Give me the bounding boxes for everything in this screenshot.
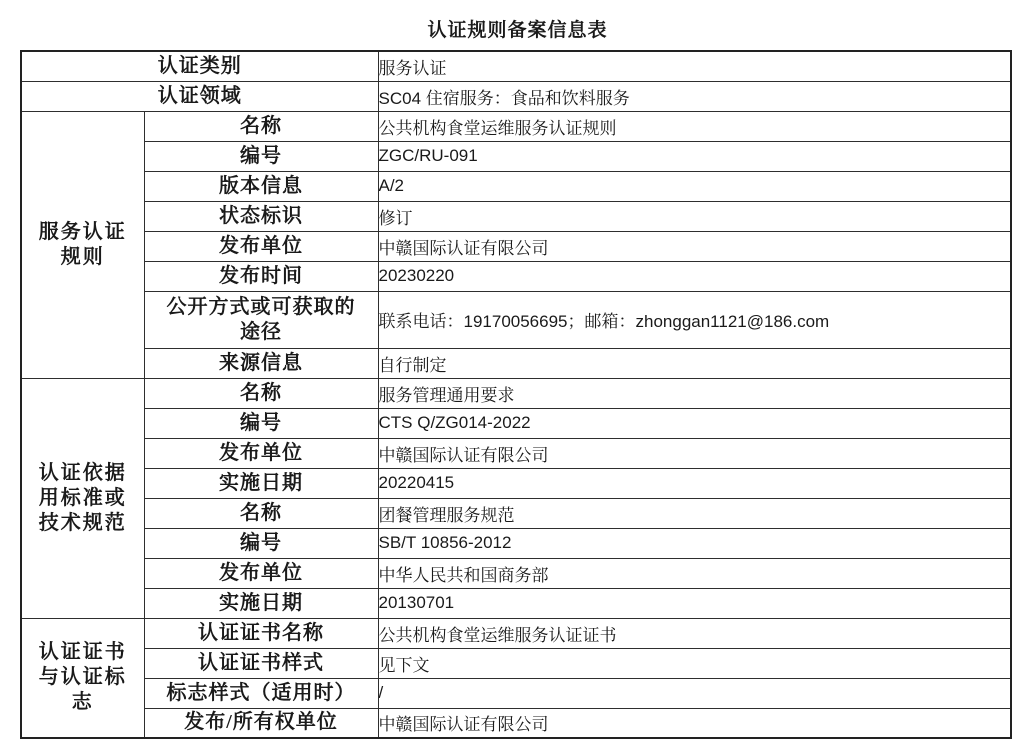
row-value: 中赣国际认证有限公司 bbox=[378, 231, 1011, 261]
row-label: 实施日期 bbox=[144, 468, 378, 498]
table-row: 认证类别 服务认证 bbox=[21, 51, 1011, 81]
section-group-label: 认证证书 与认证标 志 bbox=[21, 618, 144, 738]
row-label: 认证领域 bbox=[21, 81, 378, 111]
table-row: 实施日期 20130701 bbox=[21, 588, 1011, 618]
row-value: 公共机构食堂运维服务认证规则 bbox=[378, 111, 1011, 141]
table-row: 发布/所有权单位 中赣国际认证有限公司 bbox=[21, 708, 1011, 738]
row-value: 20130701 bbox=[378, 588, 1011, 618]
table-row: 公开方式或可获取的 途径 联系电话：19170056695；邮箱：zhongga… bbox=[21, 291, 1011, 348]
table-row: 来源信息 自行制定 bbox=[21, 348, 1011, 378]
filing-info-table: 认证类别 服务认证 认证领域 SC04 住宿服务：食品和饮料服务 服务认证 规则… bbox=[20, 50, 1012, 739]
table-row: 发布单位 中华人民共和国商务部 bbox=[21, 558, 1011, 588]
row-label: 发布时间 bbox=[144, 261, 378, 291]
table-row: 编号 ZGC/RU-091 bbox=[21, 141, 1011, 171]
row-value: 见下文 bbox=[378, 648, 1011, 678]
table-row: 状态标识 修订 bbox=[21, 201, 1011, 231]
row-label: 认证证书名称 bbox=[144, 618, 378, 648]
row-label: 实施日期 bbox=[144, 588, 378, 618]
row-label: 标志样式（适用时） bbox=[144, 678, 378, 708]
table-row: 标志样式（适用时） / bbox=[21, 678, 1011, 708]
row-label: 发布单位 bbox=[144, 558, 378, 588]
row-label: 编号 bbox=[144, 528, 378, 558]
row-label: 认证类别 bbox=[21, 51, 378, 81]
row-value: 20220415 bbox=[378, 468, 1011, 498]
row-value: ZGC/RU-091 bbox=[378, 141, 1011, 171]
row-label: 名称 bbox=[144, 378, 378, 408]
table-row: 编号 CTS Q/ZG014-2022 bbox=[21, 408, 1011, 438]
row-label: 来源信息 bbox=[144, 348, 378, 378]
row-value: 公共机构食堂运维服务认证证书 bbox=[378, 618, 1011, 648]
row-label: 发布单位 bbox=[144, 438, 378, 468]
row-value: / bbox=[378, 678, 1011, 708]
table-row: 编号 SB/T 10856-2012 bbox=[21, 528, 1011, 558]
row-value: 服务认证 bbox=[378, 51, 1011, 81]
row-value: 20230220 bbox=[378, 261, 1011, 291]
row-label: 发布/所有权单位 bbox=[144, 708, 378, 738]
row-label: 名称 bbox=[144, 498, 378, 528]
row-label: 公开方式或可获取的 途径 bbox=[144, 291, 378, 348]
row-label: 认证证书样式 bbox=[144, 648, 378, 678]
table-row: 认证领域 SC04 住宿服务：食品和饮料服务 bbox=[21, 81, 1011, 111]
row-value: 自行制定 bbox=[378, 348, 1011, 378]
table-row: 发布单位 中赣国际认证有限公司 bbox=[21, 231, 1011, 261]
table-row: 服务认证 规则 名称 公共机构食堂运维服务认证规则 bbox=[21, 111, 1011, 141]
row-value: 中赣国际认证有限公司 bbox=[378, 708, 1011, 738]
table-row: 认证证书样式 见下文 bbox=[21, 648, 1011, 678]
table-row: 认证证书 与认证标 志 认证证书名称 公共机构食堂运维服务认证证书 bbox=[21, 618, 1011, 648]
row-value: 中华人民共和国商务部 bbox=[378, 558, 1011, 588]
table-row: 名称 团餐管理服务规范 bbox=[21, 498, 1011, 528]
row-value: CTS Q/ZG014-2022 bbox=[378, 408, 1011, 438]
section-group-label: 服务认证 规则 bbox=[21, 111, 144, 378]
row-value: SC04 住宿服务：食品和饮料服务 bbox=[378, 81, 1011, 111]
row-label: 编号 bbox=[144, 141, 378, 171]
document-title: 认证规则备案信息表 bbox=[0, 15, 1035, 42]
row-value: 修订 bbox=[378, 201, 1011, 231]
table-row: 发布时间 20230220 bbox=[21, 261, 1011, 291]
row-label: 名称 bbox=[144, 111, 378, 141]
row-value: A/2 bbox=[378, 171, 1011, 201]
row-value: 团餐管理服务规范 bbox=[378, 498, 1011, 528]
row-value: 中赣国际认证有限公司 bbox=[378, 438, 1011, 468]
row-label: 编号 bbox=[144, 408, 378, 438]
row-label: 版本信息 bbox=[144, 171, 378, 201]
row-label: 发布单位 bbox=[144, 231, 378, 261]
row-value: 服务管理通用要求 bbox=[378, 378, 1011, 408]
section-group-label: 认证依据 用标准或 技术规范 bbox=[21, 378, 144, 618]
table-row: 版本信息 A/2 bbox=[21, 171, 1011, 201]
table-row: 发布单位 中赣国际认证有限公司 bbox=[21, 438, 1011, 468]
row-value: 联系电话：19170056695；邮箱：zhonggan1121@186.com bbox=[378, 291, 1011, 348]
row-value: SB/T 10856-2012 bbox=[378, 528, 1011, 558]
row-label: 状态标识 bbox=[144, 201, 378, 231]
table-row: 认证依据 用标准或 技术规范 名称 服务管理通用要求 bbox=[21, 378, 1011, 408]
table-row: 实施日期 20220415 bbox=[21, 468, 1011, 498]
